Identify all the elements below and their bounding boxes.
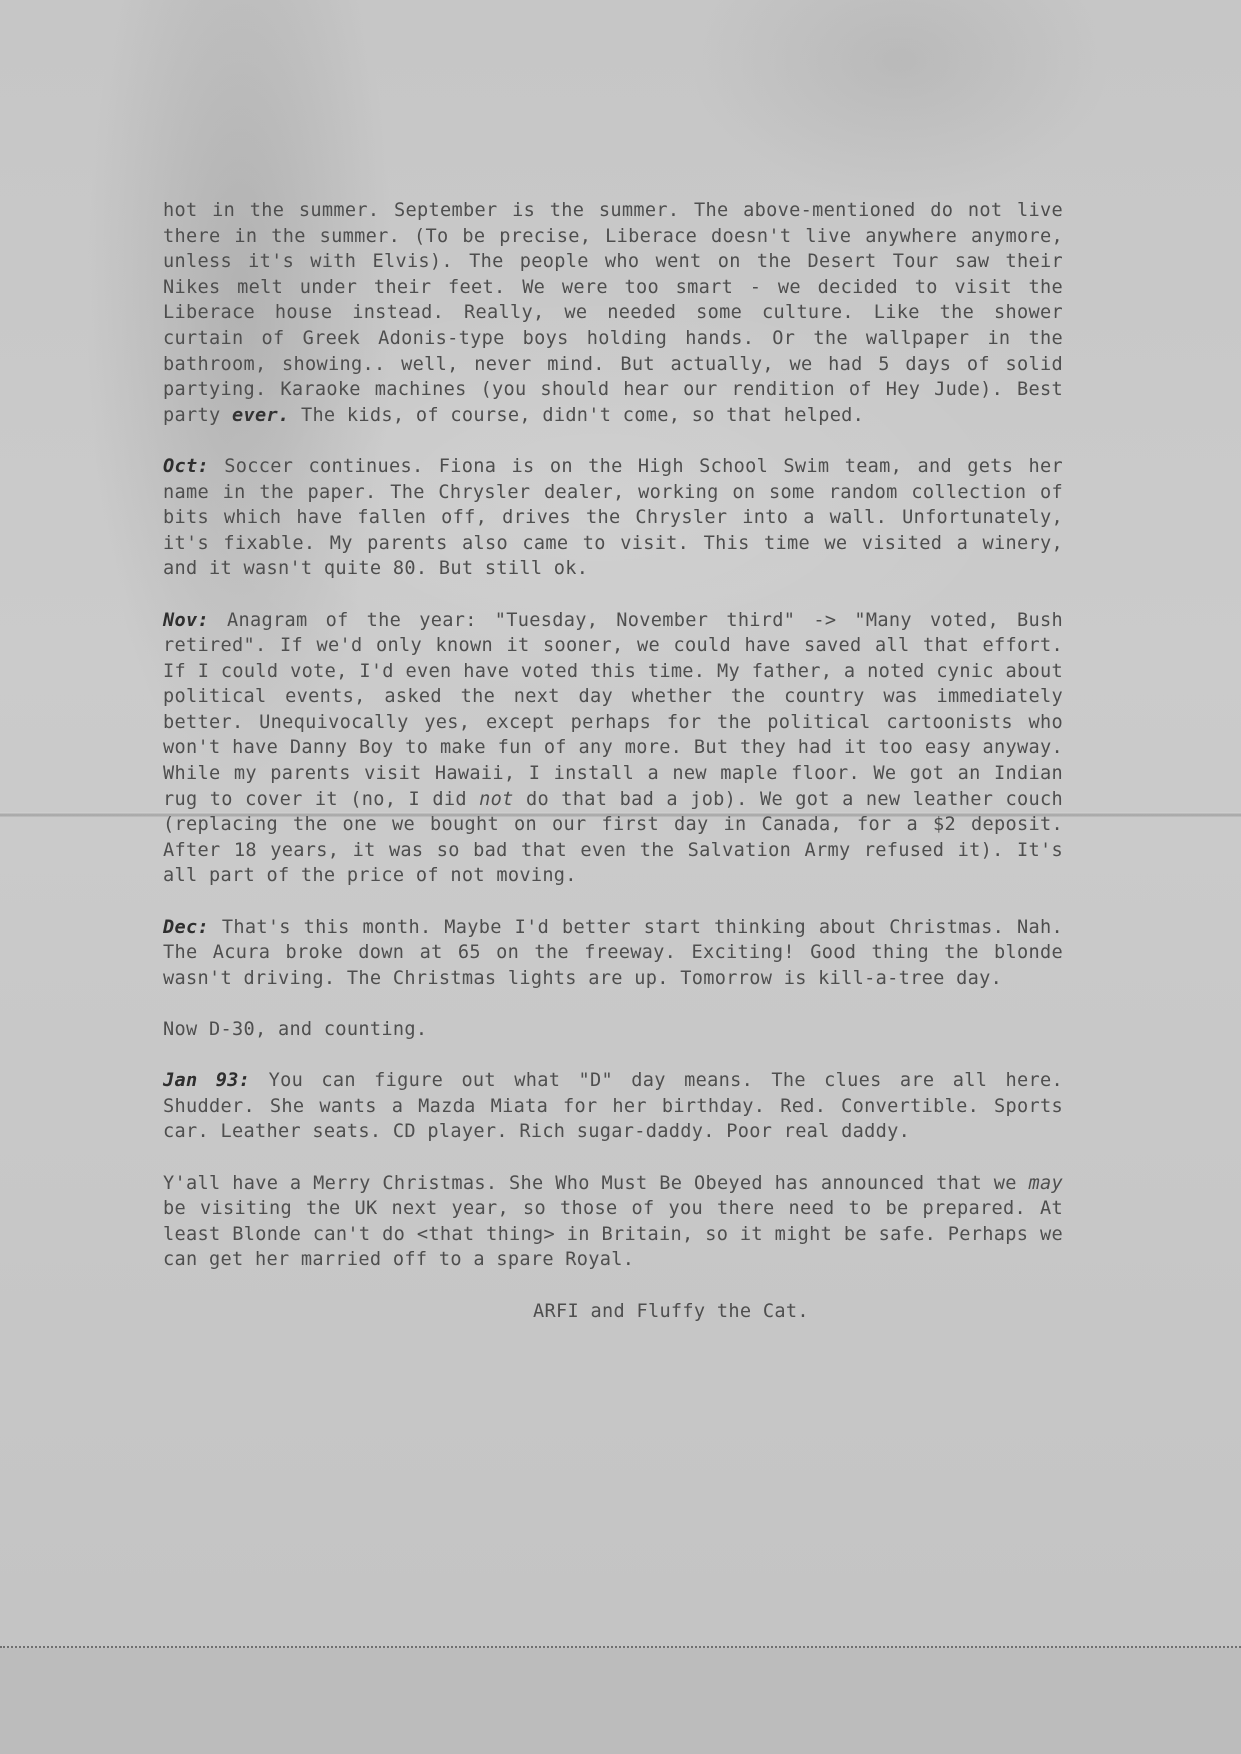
paragraph-text: That's this month. Maybe I'd better star…: [163, 917, 1063, 989]
paragraph-text: hot in the summer. September is the summ…: [163, 200, 1063, 426]
emphasis-text: not: [479, 789, 513, 810]
signature: ARFI and Fluffy the Cat.: [533, 1299, 1063, 1325]
paragraph-text: Anagram of the year: "Tuesday, November …: [163, 610, 1063, 810]
letter-paragraph: Jan 93: You can figure out what "D" day …: [163, 1068, 1063, 1145]
letter-paragraph: Oct: Soccer continues. Fiona is on the H…: [163, 454, 1063, 582]
paragraph-text: You can figure out what "D" day means. T…: [163, 1070, 1063, 1142]
paragraph-text: Soccer continues. Fiona is on the High S…: [163, 456, 1063, 579]
emphasis-text: ever.: [232, 405, 289, 426]
letter-paragraph: Nov: Anagram of the year: "Tuesday, Nove…: [163, 608, 1063, 890]
month-label: Jan 93:: [163, 1070, 250, 1091]
paragraph-text: The kids, of course, didn't come, so tha…: [289, 405, 864, 426]
letter-paragraphs: hot in the summer. September is the summ…: [163, 198, 1063, 1273]
month-label: Oct:: [163, 456, 209, 477]
paragraph-text: Y'all have a Merry Christmas. She Who Mu…: [163, 1173, 1029, 1194]
paragraph-text: Now D-30, and counting.: [163, 1019, 427, 1040]
scanner-background: [0, 1650, 1241, 1754]
letter-body: hot in the summer. September is the summ…: [163, 198, 1063, 1350]
paragraph-text: be visiting the UK next year, so those o…: [163, 1198, 1063, 1270]
letter-paragraph: Dec: That's this month. Maybe I'd better…: [163, 915, 1063, 992]
letter-paragraph: hot in the summer. September is the summ…: [163, 198, 1063, 428]
month-label: Nov:: [163, 610, 209, 631]
letter-paragraph: Y'all have a Merry Christmas. She Who Mu…: [163, 1171, 1063, 1273]
letter-paragraph: Now D-30, and counting.: [163, 1017, 1063, 1043]
emphasis-text: may: [1029, 1173, 1063, 1194]
month-label: Dec:: [163, 917, 209, 938]
